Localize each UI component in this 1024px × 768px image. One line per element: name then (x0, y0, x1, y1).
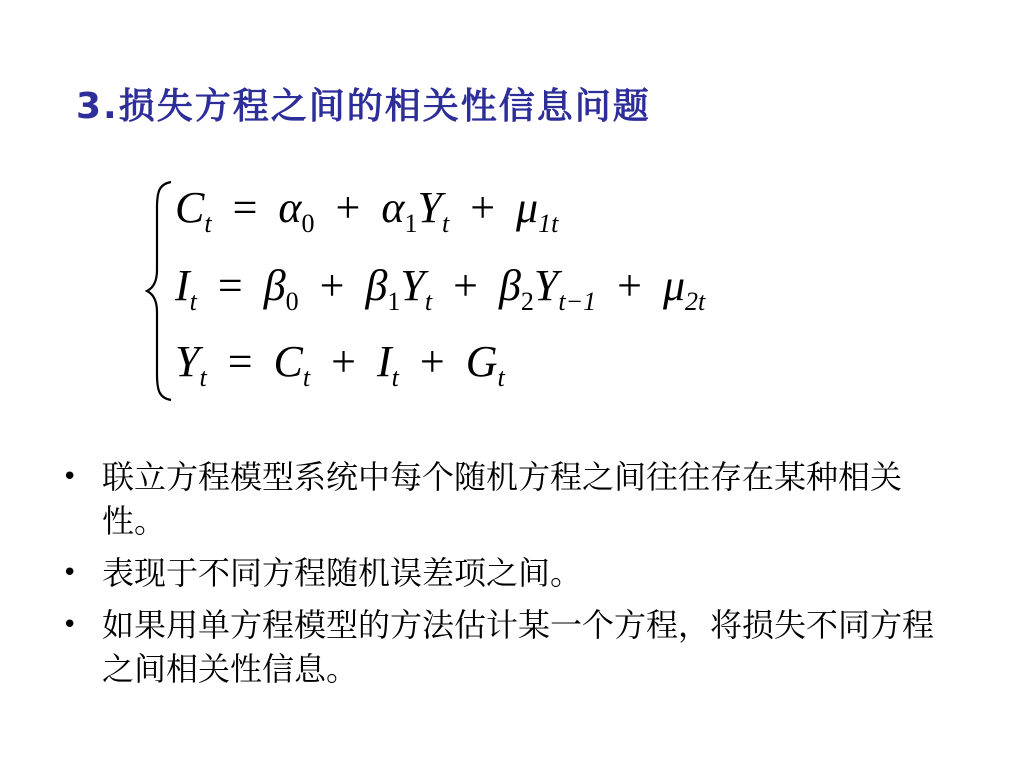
var-Y: Y (175, 337, 199, 386)
sub-t: t (497, 363, 504, 392)
var-Y: Y (400, 261, 424, 310)
plus: + (617, 261, 642, 310)
bullet-item: • 表现于不同方程随机误差项之间。 (60, 551, 952, 595)
alpha: α (278, 183, 301, 232)
sub-1t: 1t (538, 209, 558, 238)
sub-t-minus-1: t−1 (558, 287, 596, 316)
mu: μ (663, 261, 685, 310)
beta: β (365, 261, 387, 310)
bullet-icon: • (62, 455, 77, 499)
sub-t: t (303, 363, 310, 392)
sub-2: 2 (521, 287, 534, 316)
sub-t: t (190, 287, 197, 316)
bullet-icon: • (62, 603, 77, 647)
mu: μ (516, 183, 538, 232)
equation-consumption: Ct = α0 + α1Yt + μ1t (175, 186, 558, 237)
var-I: I (175, 261, 190, 310)
sub-t: t (425, 287, 432, 316)
plus: + (470, 183, 495, 232)
plus: + (420, 337, 445, 386)
sub-1: 1 (387, 287, 400, 316)
var-I: I (377, 337, 392, 386)
var-C: C (274, 337, 303, 386)
sub-1: 1 (404, 209, 417, 238)
sub-2t: 2t (685, 287, 705, 316)
var-Y: Y (534, 261, 558, 310)
sub-0: 0 (286, 287, 299, 316)
bullet-list: • 联立方程模型系统中每个随机方程之间往往存在某种相关性。 • 表现于不同方程随… (60, 455, 960, 699)
plus: + (453, 261, 478, 310)
var-C: C (175, 183, 204, 232)
equation-system: Ct = α0 + α1Yt + μ1t It = β0 + β1Yt + β2… (145, 178, 865, 404)
alpha: α (381, 183, 404, 232)
equals: = (228, 337, 253, 386)
sub-t: t (442, 209, 449, 238)
sub-t: t (204, 209, 211, 238)
plus: + (331, 337, 356, 386)
beta: β (264, 261, 286, 310)
equation-income-identity: Yt = Ct + It + Gt (175, 340, 505, 391)
sub-t: t (392, 363, 399, 392)
bullet-text: 表现于不同方程随机误差项之间。 (102, 554, 582, 592)
slide-title: 3.损失方程之间的相关性信息问题 (76, 78, 651, 129)
plus: + (320, 261, 345, 310)
bullet-item: • 联立方程模型系统中每个随机方程之间往往存在某种相关性。 (60, 455, 952, 543)
plus: + (336, 183, 361, 232)
equals: = (218, 261, 243, 310)
bullet-text: 联立方程模型系统中每个随机方程之间往往存在某种相关性。 (102, 458, 902, 540)
sub-t: t (199, 363, 206, 392)
bullet-icon: • (62, 551, 77, 595)
equation-investment: It = β0 + β1Yt + β2Yt−1 + μ2t (175, 264, 705, 315)
equals: = (233, 183, 258, 232)
bullet-text: 如果用单方程模型的方法估计某一个方程，将损失不同方程之间相关性信息。 (102, 606, 934, 688)
var-Y: Y (417, 183, 441, 232)
var-G: G (466, 337, 498, 386)
sub-0: 0 (302, 209, 315, 238)
beta: β (499, 261, 521, 310)
bullet-item: • 如果用单方程模型的方法估计某一个方程，将损失不同方程之间相关性信息。 (60, 603, 952, 691)
left-brace-icon (145, 178, 177, 404)
